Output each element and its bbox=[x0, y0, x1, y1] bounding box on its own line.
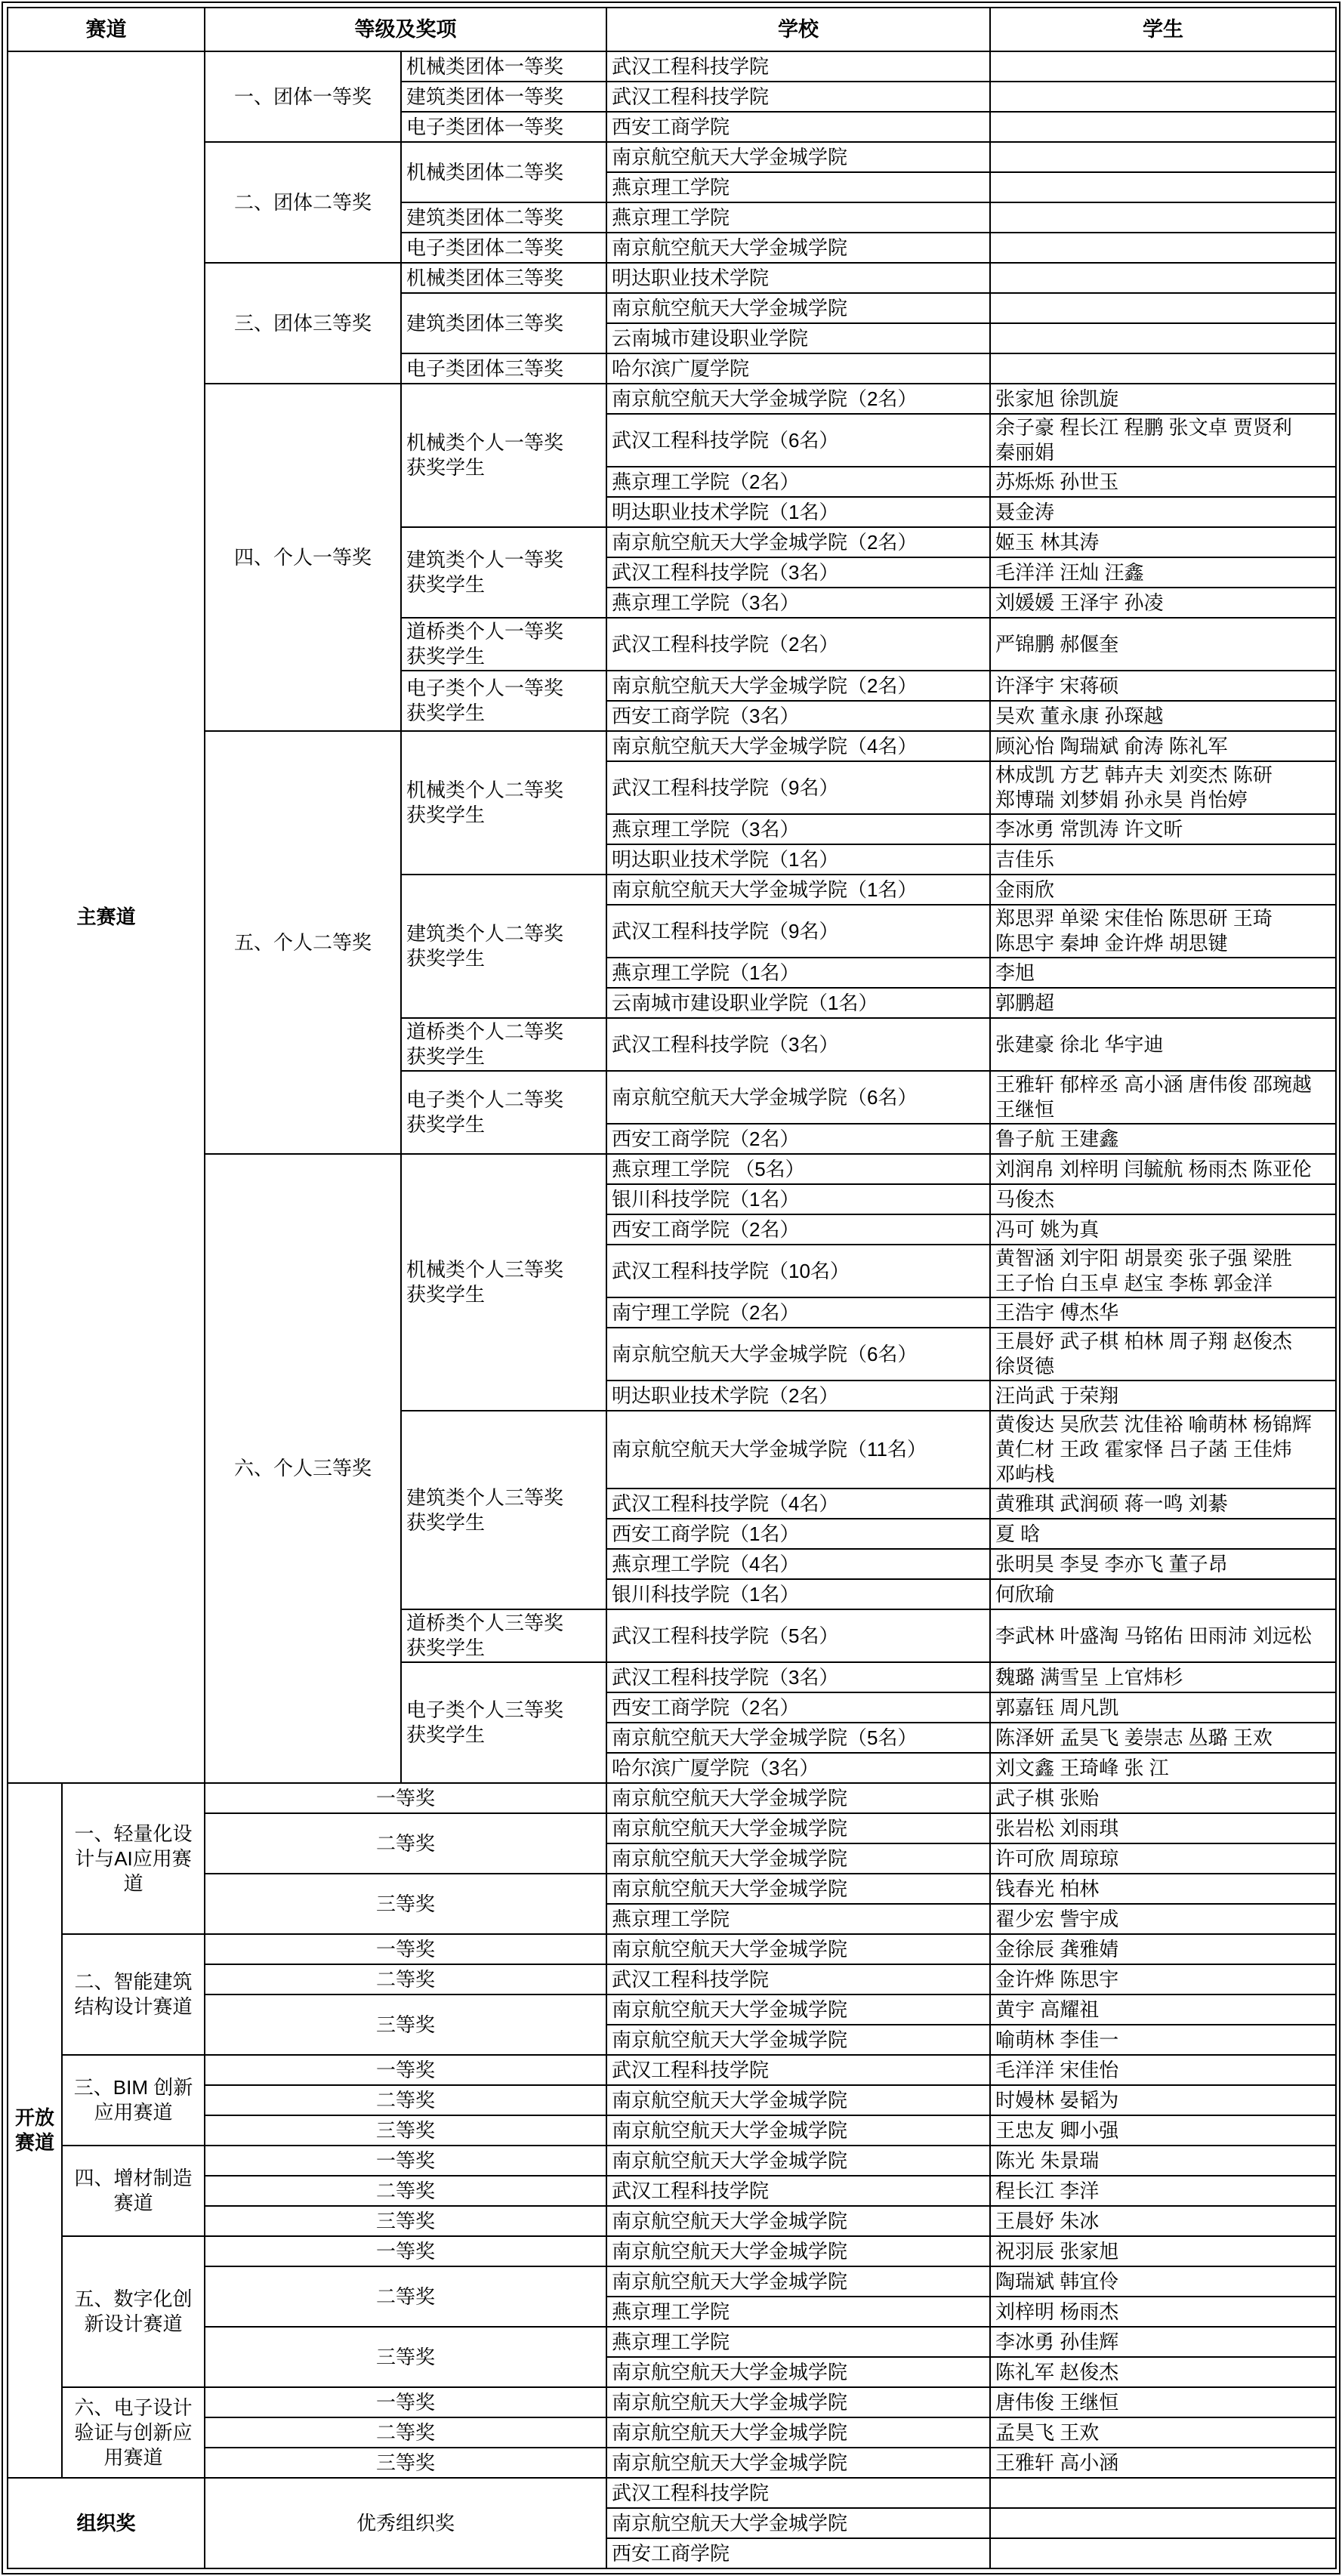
table-row: 二等奖南京航空航天大学金城学院陶瑞斌 韩宜伶 bbox=[8, 2266, 1336, 2297]
table-row: 二等奖武汉工程科技学院程长江 李洋 bbox=[8, 2176, 1336, 2206]
award-level-cell: 一等奖 bbox=[205, 2146, 606, 2176]
students-cell: 李武林 叶盛淘 马铭佑 田雨沛 刘远松 bbox=[990, 1609, 1336, 1662]
students-cell: 姬玉 林其涛 bbox=[990, 527, 1336, 557]
school-cell: 燕京理工学院（2名） bbox=[606, 467, 990, 497]
school-cell: 南京航空航天大学金城学院 bbox=[606, 2025, 990, 2055]
award-group-cell: 一、团体一等奖 bbox=[205, 51, 401, 142]
school-cell: 燕京理工学院 （5名） bbox=[606, 1154, 990, 1184]
students-cell bbox=[990, 2538, 1336, 2568]
award-level-cell: 二等奖 bbox=[205, 2085, 606, 2115]
table-row: 三等奖南京航空航天大学金城学院钱春光 柏林 bbox=[8, 1874, 1336, 1904]
school-cell: 云南城市建设职业学院 bbox=[606, 323, 990, 353]
school-cell: 武汉工程科技学院 bbox=[606, 2055, 990, 2085]
table-row: 六、个人三等奖机械类个人三等奖 获奖学生燕京理工学院 （5名）刘润帛 刘梓明 闫… bbox=[8, 1154, 1336, 1184]
students-cell: 李冰勇 常凯涛 许文昕 bbox=[990, 814, 1336, 844]
award-level-cell: 一等奖 bbox=[205, 1934, 606, 1964]
school-cell: 西安工商学院（2名） bbox=[606, 1692, 990, 1723]
award-level-cell: 三等奖 bbox=[205, 1874, 606, 1934]
students-cell: 王雅轩 高小涵 bbox=[990, 2448, 1336, 2478]
school-cell: 南京航空航天大学金城学院 bbox=[606, 1994, 990, 2025]
students-cell: 陈泽妍 孟昊飞 姜崇志 丛璐 王欢 bbox=[990, 1723, 1336, 1753]
school-cell: 南京航空航天大学金城学院（5名） bbox=[606, 1723, 990, 1753]
school-cell: 武汉工程科技学院 bbox=[606, 2176, 990, 2206]
school-cell: 明达职业技术学院 bbox=[606, 263, 990, 293]
students-cell bbox=[990, 233, 1336, 263]
students-cell bbox=[990, 172, 1336, 202]
award-category-cell: 机械类个人一等奖 获奖学生 bbox=[401, 384, 606, 527]
school-cell: 南京航空航天大学金城学院 bbox=[606, 2417, 990, 2448]
award-category-cell: 机械类个人二等奖 获奖学生 bbox=[401, 731, 606, 875]
school-cell: 燕京理工学院（3名） bbox=[606, 588, 990, 618]
table-row: 二等奖南京航空航天大学金城学院张岩松 刘雨琪 bbox=[8, 1813, 1336, 1843]
students-cell: 黄智涵 刘宇阳 胡景奕 张子强 梁胜 王子怡 白玉卓 赵宝 李栋 郭金洋 bbox=[990, 1245, 1336, 1297]
students-cell bbox=[990, 142, 1336, 172]
school-cell: 燕京理工学院 bbox=[606, 2297, 990, 2327]
school-cell: 南京航空航天大学金城学院（6名） bbox=[606, 1328, 990, 1381]
students-cell: 翟少宏 訾宇成 bbox=[990, 1904, 1336, 1934]
award-category-cell: 机械类团体三等奖 bbox=[401, 263, 606, 293]
students-cell: 黄宇 高耀祖 bbox=[990, 1994, 1336, 2025]
award-category-cell: 电子类个人一等奖 获奖学生 bbox=[401, 671, 606, 731]
students-cell: 王晨妤 武子棋 柏林 周子翔 赵俊杰 徐贤德 bbox=[990, 1328, 1336, 1381]
table-row: 三等奖南京航空航天大学金城学院王晨妤 朱冰 bbox=[8, 2206, 1336, 2236]
table-row: 六、电子设计 验证与创新应 用赛道一等奖南京航空航天大学金城学院唐伟俊 王继恒 bbox=[8, 2387, 1336, 2417]
school-cell: 武汉工程科技学院（6名） bbox=[606, 414, 990, 467]
table-row: 组织奖优秀组织奖武汉工程科技学院 bbox=[8, 2478, 1336, 2508]
school-cell: 燕京理工学院 bbox=[606, 202, 990, 233]
students-cell bbox=[990, 2508, 1336, 2538]
award-category-cell: 机械类团体二等奖 bbox=[401, 142, 606, 202]
table-row: 二等奖南京航空航天大学金城学院时嫚林 晏韬为 bbox=[8, 2085, 1336, 2115]
students-cell: 刘文鑫 王琦峰 张 江 bbox=[990, 1753, 1336, 1783]
table-row: 二、智能建筑 结构设计赛道一等奖南京航空航天大学金城学院金徐辰 龚雅婧 bbox=[8, 1934, 1336, 1964]
students-cell bbox=[990, 202, 1336, 233]
students-cell: 张明昊 李旻 李亦飞 董子昂 bbox=[990, 1549, 1336, 1579]
table-row: 二等奖南京航空航天大学金城学院孟昊飞 王欢 bbox=[8, 2417, 1336, 2448]
students-cell: 陈光 朱景瑞 bbox=[990, 2146, 1336, 2176]
students-cell: 许可欣 周琼琼 bbox=[990, 1843, 1336, 1874]
students-cell: 郑思羿 单梁 宋佳怡 陈思研 王琦 陈思宇 秦坤 金许烨 胡思键 bbox=[990, 905, 1336, 958]
organization-award-cell: 组织奖 bbox=[8, 2478, 205, 2568]
students-cell bbox=[990, 263, 1336, 293]
sub-track-cell: 五、数字化创 新设计赛道 bbox=[62, 2236, 205, 2387]
award-group-cell: 二、团体二等奖 bbox=[205, 142, 401, 263]
table-row: 三、BIM 创新 应用赛道一等奖武汉工程科技学院毛洋洋 宋佳怡 bbox=[8, 2055, 1336, 2085]
sub-track-cell: 六、电子设计 验证与创新应 用赛道 bbox=[62, 2387, 205, 2478]
school-cell: 南京航空航天大学金城学院（6名） bbox=[606, 1071, 990, 1124]
school-cell: 哈尔滨广厦学院 bbox=[606, 353, 990, 384]
school-cell: 南京航空航天大学金城学院（11名） bbox=[606, 1411, 990, 1489]
school-cell: 南京航空航天大学金城学院 bbox=[606, 2266, 990, 2297]
school-cell: 南京航空航天大学金城学院 bbox=[606, 1934, 990, 1964]
school-cell: 南京航空航天大学金城学院 bbox=[606, 1813, 990, 1843]
students-cell: 魏璐 满雪呈 上官炜杉 bbox=[990, 1662, 1336, 1692]
students-cell: 吴欢 董永康 孙琛越 bbox=[990, 701, 1336, 731]
award-group-cell: 五、个人二等奖 bbox=[205, 731, 401, 1154]
students-cell: 喻萌林 李佳一 bbox=[990, 2025, 1336, 2055]
students-cell: 刘润帛 刘梓明 闫毓航 杨雨杰 陈亚伦 bbox=[990, 1154, 1336, 1184]
students-cell: 陶瑞斌 韩宜伶 bbox=[990, 2266, 1336, 2297]
sub-track-cell: 一、轻量化设 计与AI应用赛 道 bbox=[62, 1783, 205, 1934]
award-level-cell: 二等奖 bbox=[205, 2266, 606, 2327]
students-cell: 毛洋洋 宋佳怡 bbox=[990, 2055, 1336, 2085]
award-category-cell: 电子类个人三等奖 获奖学生 bbox=[401, 1662, 606, 1783]
school-cell: 武汉工程科技学院（9名） bbox=[606, 905, 990, 958]
school-cell: 银川科技学院（1名） bbox=[606, 1579, 990, 1609]
awards-table: 赛道 等级及奖项 学校 学生 主赛道一、团体一等奖机械类团体一等奖武汉工程科技学… bbox=[7, 7, 1337, 2569]
students-cell bbox=[990, 293, 1336, 323]
students-cell: 鲁子航 王建鑫 bbox=[990, 1124, 1336, 1154]
award-level-cell: 二等奖 bbox=[205, 2417, 606, 2448]
main-track-cell: 主赛道 bbox=[8, 51, 205, 1783]
students-cell bbox=[990, 323, 1336, 353]
students-cell: 时嫚林 晏韬为 bbox=[990, 2085, 1336, 2115]
students-cell: 金许烨 陈思宇 bbox=[990, 1964, 1336, 1994]
students-cell: 刘媛媛 王泽宇 孙凌 bbox=[990, 588, 1336, 618]
header-row: 赛道 等级及奖项 学校 学生 bbox=[8, 8, 1336, 51]
students-cell bbox=[990, 353, 1336, 384]
award-category-cell: 建筑类个人二等奖 获奖学生 bbox=[401, 875, 606, 1018]
award-level-cell: 一等奖 bbox=[205, 2055, 606, 2085]
school-cell: 南京航空航天大学金城学院 bbox=[606, 293, 990, 323]
table-row: 五、数字化创 新设计赛道一等奖南京航空航天大学金城学院祝羽辰 张家旭 bbox=[8, 2236, 1336, 2266]
students-cell: 吉佳乐 bbox=[990, 844, 1336, 875]
students-cell: 程长江 李洋 bbox=[990, 2176, 1336, 2206]
organization-award-level-cell: 优秀组织奖 bbox=[205, 2478, 606, 2568]
table-row: 五、个人二等奖机械类个人二等奖 获奖学生南京航空航天大学金城学院（4名）顾沁怡 … bbox=[8, 731, 1336, 761]
school-cell: 哈尔滨广厦学院（3名） bbox=[606, 1753, 990, 1783]
school-cell: 南京航空航天大学金城学院 bbox=[606, 142, 990, 172]
column-header-track: 赛道 bbox=[8, 8, 205, 51]
award-group-cell: 四、个人一等奖 bbox=[205, 384, 401, 731]
award-category-cell: 建筑类团体二等奖 bbox=[401, 202, 606, 233]
students-cell: 马俊杰 bbox=[990, 1184, 1336, 1214]
students-cell: 何欣瑜 bbox=[990, 1579, 1336, 1609]
school-cell: 南京航空航天大学金城学院 bbox=[606, 1783, 990, 1813]
school-cell: 武汉工程科技学院（4名） bbox=[606, 1489, 990, 1519]
students-cell: 王晨妤 朱冰 bbox=[990, 2206, 1336, 2236]
award-category-cell: 建筑类团体一等奖 bbox=[401, 82, 606, 112]
school-cell: 南京航空航天大学金城学院 bbox=[606, 2146, 990, 2176]
award-level-cell: 三等奖 bbox=[205, 2115, 606, 2146]
school-cell: 南京航空航天大学金城学院 bbox=[606, 233, 990, 263]
sub-track-cell: 四、增材制造 赛道 bbox=[62, 2146, 205, 2236]
school-cell: 明达职业技术学院（2名） bbox=[606, 1381, 990, 1411]
students-cell: 冯可 姚为真 bbox=[990, 1214, 1336, 1245]
students-cell: 王雅轩 郁梓丞 高小涵 唐伟俊 邵琬越 王继恒 bbox=[990, 1071, 1336, 1124]
school-cell: 武汉工程科技学院 bbox=[606, 51, 990, 82]
table-row: 主赛道一、团体一等奖机械类团体一等奖武汉工程科技学院 bbox=[8, 51, 1336, 82]
school-cell: 西安工商学院（2名） bbox=[606, 1214, 990, 1245]
school-cell: 南京航空航天大学金城学院（1名） bbox=[606, 875, 990, 905]
column-header-students: 学生 bbox=[990, 8, 1336, 51]
school-cell: 南京航空航天大学金城学院 bbox=[606, 1874, 990, 1904]
table-row: 四、增材制造 赛道一等奖南京航空航天大学金城学院陈光 朱景瑞 bbox=[8, 2146, 1336, 2176]
school-cell: 武汉工程科技学院（3名） bbox=[606, 557, 990, 588]
school-cell: 燕京理工学院（3名） bbox=[606, 814, 990, 844]
open-track-cell: 开放 赛道 bbox=[8, 1783, 62, 2478]
school-cell: 南宁理工学院（2名） bbox=[606, 1297, 990, 1328]
award-level-cell: 一等奖 bbox=[205, 2236, 606, 2266]
school-cell: 西安工商学院（2名） bbox=[606, 1124, 990, 1154]
students-cell: 唐伟俊 王继恒 bbox=[990, 2387, 1336, 2417]
school-cell: 南京航空航天大学金城学院（2名） bbox=[606, 384, 990, 414]
award-category-cell: 机械类个人三等奖 获奖学生 bbox=[401, 1154, 606, 1411]
award-group-cell: 三、团体三等奖 bbox=[205, 263, 401, 384]
school-cell: 燕京理工学院（4名） bbox=[606, 1549, 990, 1579]
school-cell: 南京航空航天大学金城学院（4名） bbox=[606, 731, 990, 761]
school-cell: 南京航空航天大学金城学院 bbox=[606, 2115, 990, 2146]
students-cell: 黄雅琪 武润硕 蒋一鸣 刘綦 bbox=[990, 1489, 1336, 1519]
students-cell: 顾沁怡 陶瑞斌 俞涛 陈礼军 bbox=[990, 731, 1336, 761]
students-cell: 金徐辰 龚雅婧 bbox=[990, 1934, 1336, 1964]
school-cell: 武汉工程科技学院 bbox=[606, 1964, 990, 1994]
students-cell bbox=[990, 51, 1336, 82]
school-cell: 武汉工程科技学院（2名） bbox=[606, 618, 990, 671]
school-cell: 南京航空航天大学金城学院 bbox=[606, 2508, 990, 2538]
school-cell: 西安工商学院 bbox=[606, 112, 990, 142]
award-category-cell: 道桥类个人一等奖 获奖学生 bbox=[401, 618, 606, 671]
students-cell: 毛洋洋 汪灿 汪鑫 bbox=[990, 557, 1336, 588]
students-cell: 余子豪 程长江 程鹏 张文卓 贾贤利 秦丽娟 bbox=[990, 414, 1336, 467]
students-cell: 孟昊飞 王欢 bbox=[990, 2417, 1336, 2448]
award-category-cell: 建筑类个人三等奖 获奖学生 bbox=[401, 1411, 606, 1609]
school-cell: 燕京理工学院 bbox=[606, 172, 990, 202]
students-cell: 郭嘉钰 周凡凯 bbox=[990, 1692, 1336, 1723]
students-cell: 黄俊达 吴欣芸 沈佳裕 喻萌林 杨锦辉 黄仁材 王政 霍家怿 吕子菡 王佳炜 邓… bbox=[990, 1411, 1336, 1489]
students-cell: 李旭 bbox=[990, 958, 1336, 988]
students-cell bbox=[990, 112, 1336, 142]
students-cell: 张建豪 徐北 华宇迪 bbox=[990, 1018, 1336, 1071]
award-category-cell: 建筑类个人一等奖 获奖学生 bbox=[401, 527, 606, 618]
award-level-cell: 三等奖 bbox=[205, 2327, 606, 2387]
school-cell: 武汉工程科技学院（10名） bbox=[606, 1245, 990, 1297]
students-cell: 林成凯 方艺 韩卉夫 刘奕杰 陈研 郑博瑞 刘梦娟 孙永昊 肖怡婷 bbox=[990, 761, 1336, 814]
award-category-cell: 道桥类个人三等奖 获奖学生 bbox=[401, 1609, 606, 1662]
students-cell: 郭鹏超 bbox=[990, 988, 1336, 1018]
school-cell: 南京航空航天大学金城学院 bbox=[606, 2236, 990, 2266]
table-row: 二、团体二等奖机械类团体二等奖南京航空航天大学金城学院 bbox=[8, 142, 1336, 172]
award-category-cell: 电子类团体二等奖 bbox=[401, 233, 606, 263]
award-level-cell: 二等奖 bbox=[205, 1964, 606, 1994]
column-header-level: 等级及奖项 bbox=[205, 8, 606, 51]
sub-track-cell: 三、BIM 创新 应用赛道 bbox=[62, 2055, 205, 2146]
school-cell: 云南城市建设职业学院（1名） bbox=[606, 988, 990, 1018]
students-cell: 张岩松 刘雨琪 bbox=[990, 1813, 1336, 1843]
school-cell: 银川科技学院（1名） bbox=[606, 1184, 990, 1214]
column-header-school: 学校 bbox=[606, 8, 990, 51]
school-cell: 西安工商学院（3名） bbox=[606, 701, 990, 731]
school-cell: 武汉工程科技学院（3名） bbox=[606, 1018, 990, 1071]
students-cell: 夏 晗 bbox=[990, 1519, 1336, 1549]
page-frame: 赛道 等级及奖项 学校 学生 主赛道一、团体一等奖机械类团体一等奖武汉工程科技学… bbox=[2, 2, 1340, 2574]
award-category-cell: 道桥类个人二等奖 获奖学生 bbox=[401, 1018, 606, 1071]
award-level-cell: 三等奖 bbox=[205, 1994, 606, 2055]
school-cell: 燕京理工学院（1名） bbox=[606, 958, 990, 988]
students-cell: 汪尚武 于荣翔 bbox=[990, 1381, 1336, 1411]
students-cell: 王浩宇 傅杰华 bbox=[990, 1297, 1336, 1328]
school-cell: 南京航空航天大学金城学院 bbox=[606, 2357, 990, 2387]
award-category-cell: 电子类团体三等奖 bbox=[401, 353, 606, 384]
award-level-cell: 一等奖 bbox=[205, 1783, 606, 1813]
school-cell: 南京航空航天大学金城学院 bbox=[606, 2085, 990, 2115]
students-cell: 聂金涛 bbox=[990, 497, 1336, 527]
award-level-cell: 三等奖 bbox=[205, 2448, 606, 2478]
award-group-cell: 六、个人三等奖 bbox=[205, 1154, 401, 1783]
students-cell bbox=[990, 2478, 1336, 2508]
students-cell: 严锦鹏 郝偃奎 bbox=[990, 618, 1336, 671]
award-category-cell: 电子类个人二等奖 获奖学生 bbox=[401, 1071, 606, 1154]
award-level-cell: 一等奖 bbox=[205, 2387, 606, 2417]
school-cell: 武汉工程科技学院 bbox=[606, 82, 990, 112]
table-row: 三、团体三等奖机械类团体三等奖明达职业技术学院 bbox=[8, 263, 1336, 293]
school-cell: 燕京理工学院 bbox=[606, 1904, 990, 1934]
school-cell: 南京航空航天大学金城学院（2名） bbox=[606, 527, 990, 557]
school-cell: 南京航空航天大学金城学院（2名） bbox=[606, 671, 990, 701]
table-row: 三等奖燕京理工学院李冰勇 孙佳辉 bbox=[8, 2327, 1336, 2357]
students-cell: 钱春光 柏林 bbox=[990, 1874, 1336, 1904]
award-level-cell: 三等奖 bbox=[205, 2206, 606, 2236]
students-cell: 陈礼军 赵俊杰 bbox=[990, 2357, 1336, 2387]
sub-track-cell: 二、智能建筑 结构设计赛道 bbox=[62, 1934, 205, 2055]
school-cell: 明达职业技术学院（1名） bbox=[606, 497, 990, 527]
students-cell bbox=[990, 82, 1336, 112]
students-cell: 苏烁烁 孙世玉 bbox=[990, 467, 1336, 497]
table-row: 三等奖南京航空航天大学金城学院王雅轩 高小涵 bbox=[8, 2448, 1336, 2478]
students-cell: 刘梓明 杨雨杰 bbox=[990, 2297, 1336, 2327]
students-cell: 李冰勇 孙佳辉 bbox=[990, 2327, 1336, 2357]
award-level-cell: 二等奖 bbox=[205, 2176, 606, 2206]
school-cell: 西安工商学院 bbox=[606, 2538, 990, 2568]
school-cell: 南京航空航天大学金城学院 bbox=[606, 2448, 990, 2478]
school-cell: 武汉工程科技学院（9名） bbox=[606, 761, 990, 814]
table-row: 二等奖武汉工程科技学院金许烨 陈思宇 bbox=[8, 1964, 1336, 1994]
school-cell: 南京航空航天大学金城学院 bbox=[606, 2387, 990, 2417]
school-cell: 南京航空航天大学金城学院 bbox=[606, 1843, 990, 1874]
table-row: 三等奖南京航空航天大学金城学院王忠友 卿小强 bbox=[8, 2115, 1336, 2146]
school-cell: 武汉工程科技学院 bbox=[606, 2478, 990, 2508]
students-cell: 王忠友 卿小强 bbox=[990, 2115, 1336, 2146]
award-category-cell: 机械类团体一等奖 bbox=[401, 51, 606, 82]
school-cell: 西安工商学院（1名） bbox=[606, 1519, 990, 1549]
table-row: 四、个人一等奖机械类个人一等奖 获奖学生南京航空航天大学金城学院（2名）张家旭 … bbox=[8, 384, 1336, 414]
school-cell: 武汉工程科技学院（3名） bbox=[606, 1662, 990, 1692]
students-cell: 金雨欣 bbox=[990, 875, 1336, 905]
students-cell: 许泽宇 宋蒋硕 bbox=[990, 671, 1336, 701]
school-cell: 燕京理工学院 bbox=[606, 2327, 990, 2357]
school-cell: 南京航空航天大学金城学院 bbox=[606, 2206, 990, 2236]
school-cell: 武汉工程科技学院（5名） bbox=[606, 1609, 990, 1662]
award-level-cell: 二等奖 bbox=[205, 1813, 606, 1874]
table-row: 开放 赛道一、轻量化设 计与AI应用赛 道一等奖南京航空航天大学金城学院武子棋 … bbox=[8, 1783, 1336, 1813]
award-category-cell: 电子类团体一等奖 bbox=[401, 112, 606, 142]
students-cell: 张家旭 徐凯旋 bbox=[990, 384, 1336, 414]
table-row: 三等奖南京航空航天大学金城学院黄宇 高耀祖 bbox=[8, 1994, 1336, 2025]
students-cell: 武子棋 张贻 bbox=[990, 1783, 1336, 1813]
students-cell: 祝羽辰 张家旭 bbox=[990, 2236, 1336, 2266]
school-cell: 明达职业技术学院（1名） bbox=[606, 844, 990, 875]
award-category-cell: 建筑类团体三等奖 bbox=[401, 293, 606, 353]
